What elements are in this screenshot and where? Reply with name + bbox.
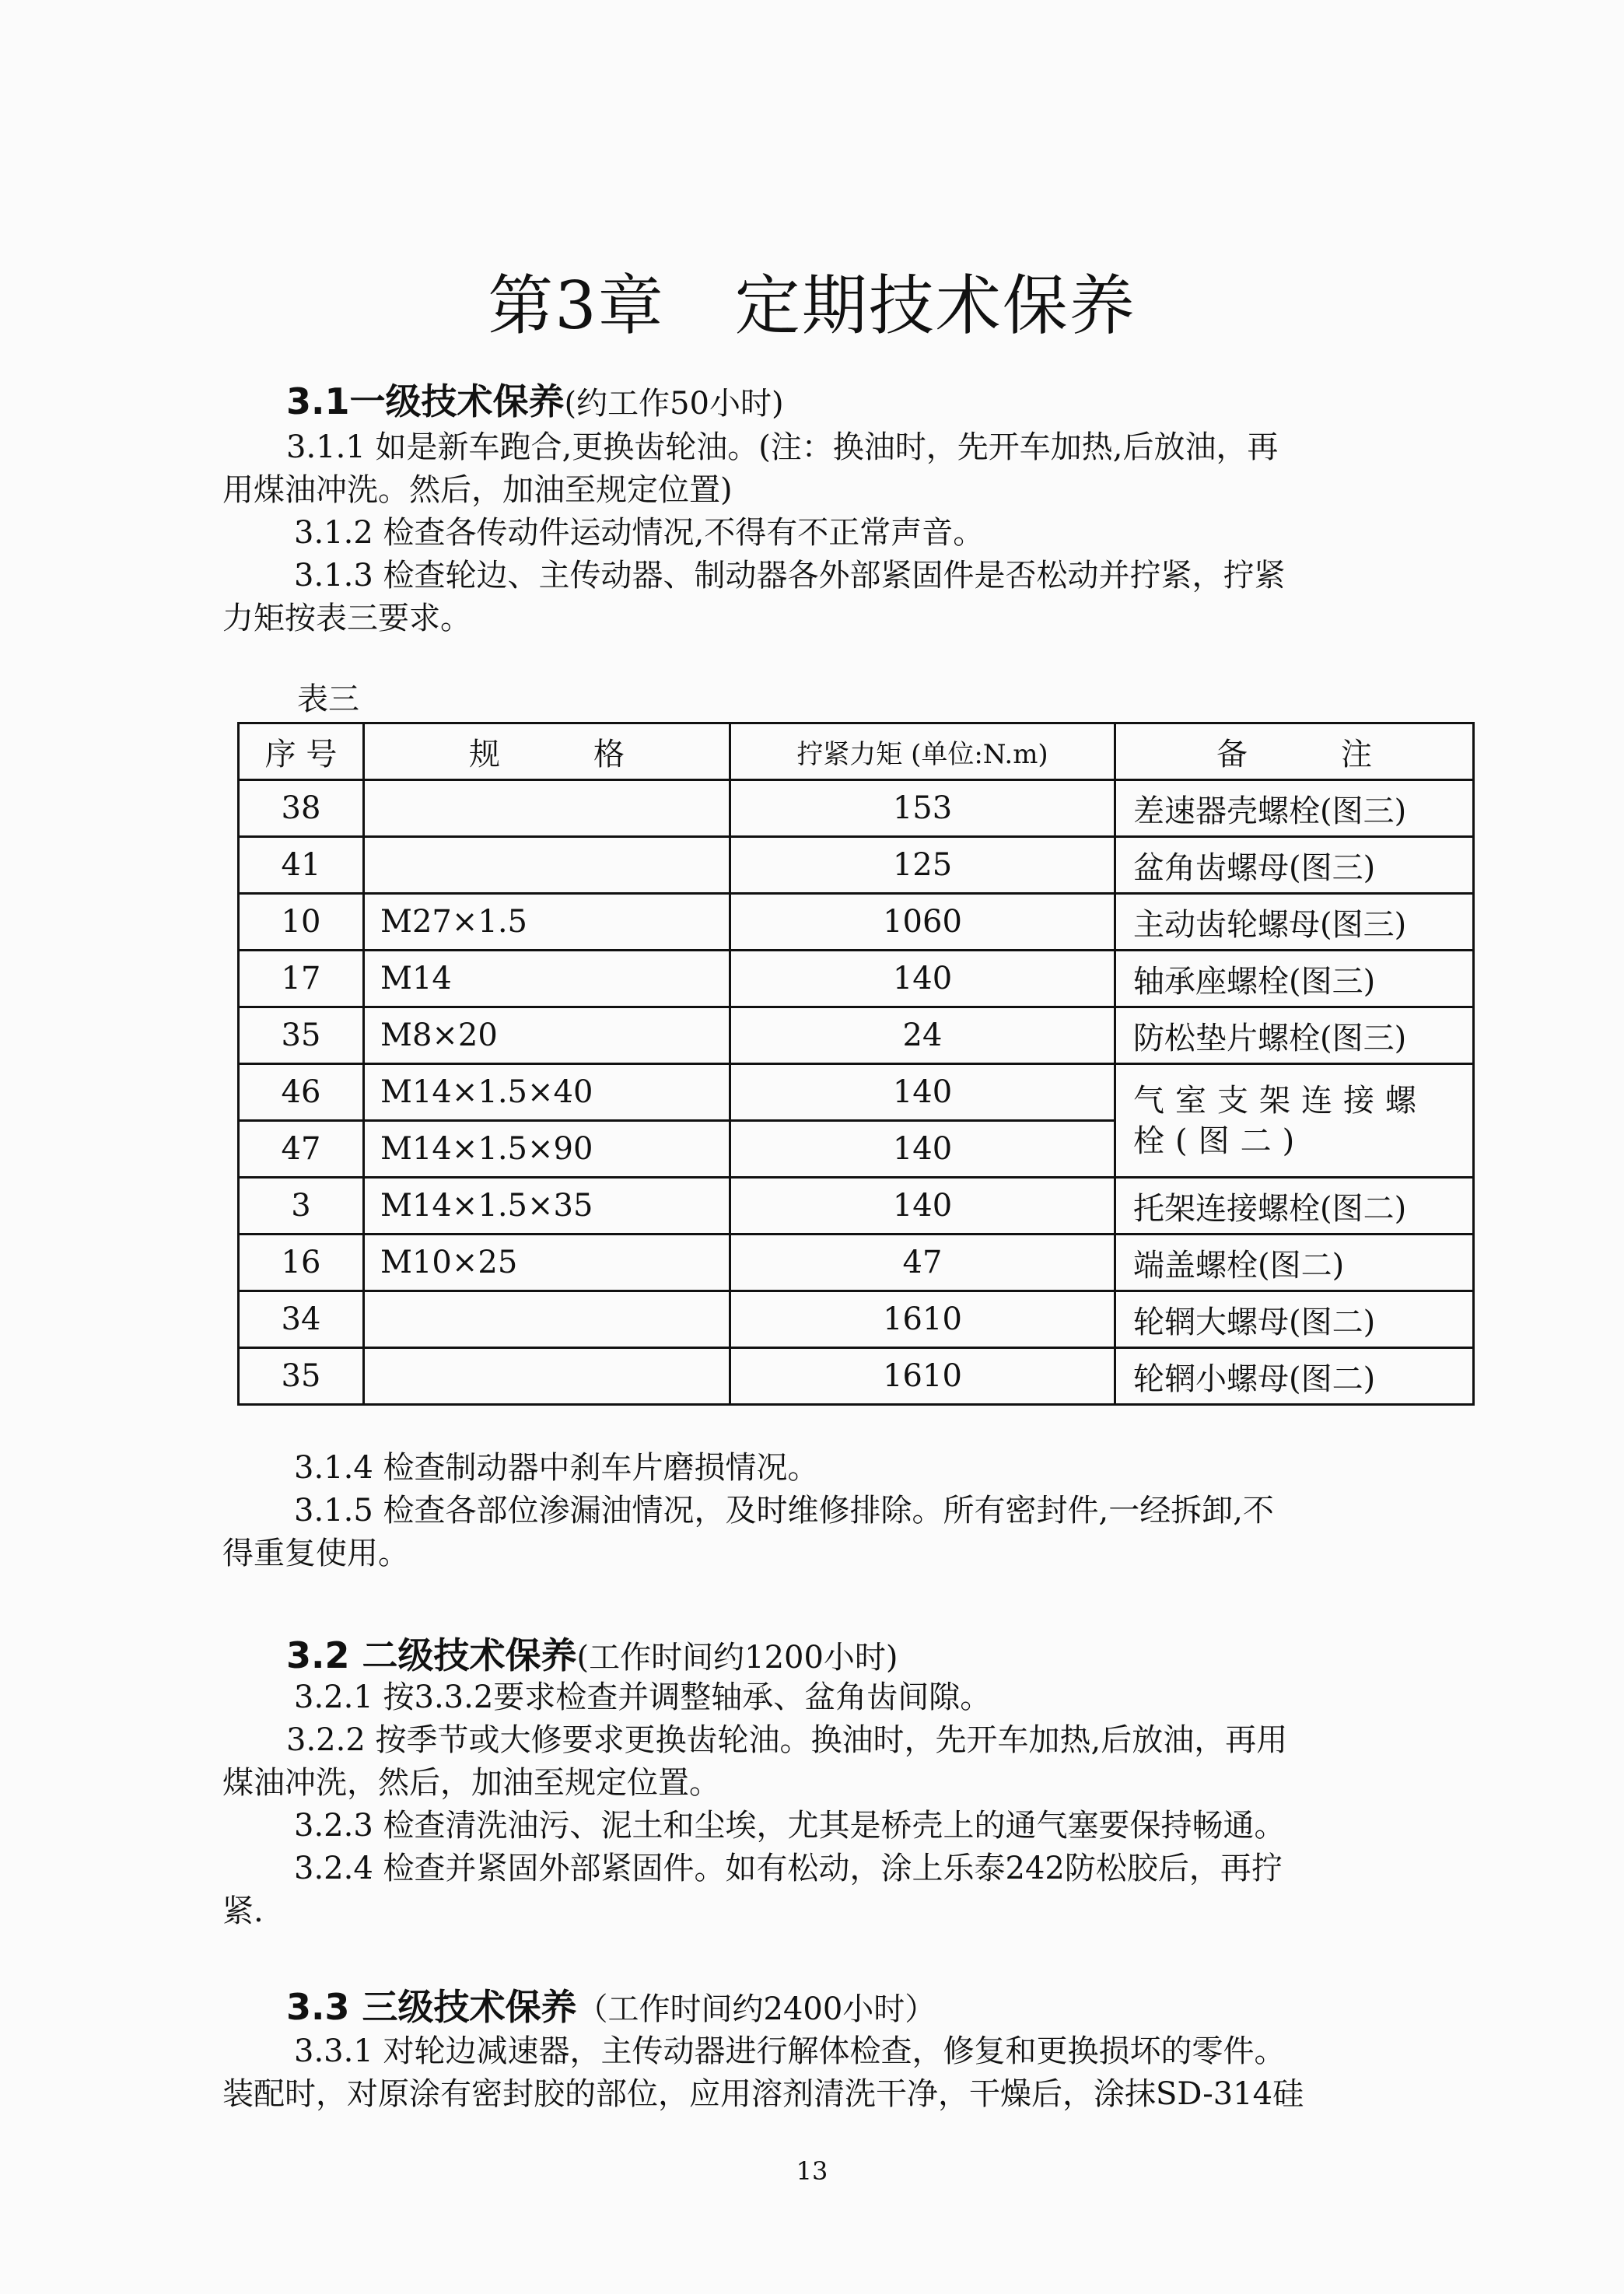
paragraph-3-1-1-line1: 3.1.1 如是新车跑合,更换齿轮油。(注：换油时，先开车加热,后放油，再 xyxy=(286,426,1279,469)
table-row: 35 1610 轮辋小螺母(图二) xyxy=(239,1348,1474,1405)
cell-remark: 轮辋大螺母(图二) xyxy=(1115,1291,1474,1348)
cell-torque: 140 xyxy=(730,1178,1115,1235)
section-heading-text: 3.3 三级技术保养 xyxy=(286,1986,577,2028)
cell-remark: 轴承座螺栓(图三) xyxy=(1115,951,1474,1007)
cell-torque: 125 xyxy=(730,837,1115,894)
table-row: 46 M14×1.5×40 140 气室支架连接螺栓(图二) xyxy=(239,1064,1474,1121)
header-remark: 备 注 xyxy=(1115,723,1474,780)
cell-no: 16 xyxy=(239,1235,364,1291)
cell-remark: 盆角齿螺母(图三) xyxy=(1115,837,1474,894)
cell-remark-merged: 气室支架连接螺栓(图二) xyxy=(1115,1064,1474,1178)
cell-remark: 轮辋小螺母(图二) xyxy=(1115,1348,1474,1405)
cell-torque: 140 xyxy=(730,951,1115,1007)
paragraph-3-3-1-line2: 装配时，对原涂有密封胶的部位，应用溶剂清洗干净，干燥后，涂抹SD-314硅 xyxy=(222,2073,1304,2116)
section-3-3-heading: 3.3 三级技术保养（工作时间约2400小时） xyxy=(286,1984,936,2033)
cell-torque: 1610 xyxy=(730,1291,1115,1348)
paragraph-3-1-5-line2: 得重复使用。 xyxy=(222,1532,409,1575)
cell-spec: M14×1.5×90 xyxy=(364,1121,730,1178)
paragraph-3-3-1-line1: 3.3.1 对轮边减速器，主传动器进行解体检查，修复和更换损坏的零件。 xyxy=(294,2030,1286,2073)
chapter-name: 定期技术保养 xyxy=(735,268,1136,344)
paragraph-3-2-1: 3.2.1 按3.3.2要求检查并调整轴承、盆角齿间隙。 xyxy=(294,1676,991,1719)
cell-remark: 差速器壳螺栓(图三) xyxy=(1115,780,1474,837)
cell-spec: M14 xyxy=(364,951,730,1007)
section-3-1-heading: 3.1一级技术保养(约工作50小时) xyxy=(286,378,784,427)
header-no: 序 号 xyxy=(239,723,364,780)
torque-table: 序 号 规 格 拧紧力矩 (单位:N.m) 备 注 38 153 差速器壳螺栓(… xyxy=(237,722,1475,1406)
section-heading-note: (约工作50小时) xyxy=(565,386,784,422)
table-row: 17 M14 140 轴承座螺栓(图三) xyxy=(239,951,1474,1007)
table-row: 16 M10×25 47 端盖螺栓(图二) xyxy=(239,1235,1474,1291)
cell-remark: 端盖螺栓(图二) xyxy=(1115,1235,1474,1291)
section-heading-text: 3.1一级技术保养 xyxy=(286,380,565,422)
paragraph-3-2-2-line2: 煤油冲洗，然后，加油至规定位置。 xyxy=(222,1762,720,1805)
cell-spec xyxy=(364,780,730,837)
cell-no: 3 xyxy=(239,1178,364,1235)
header-spec: 规 格 xyxy=(364,723,730,780)
paragraph-3-1-3-line2: 力矩按表三要求。 xyxy=(222,597,471,640)
chapter-title: 第3章定期技术保养 xyxy=(0,263,1624,348)
cell-torque: 140 xyxy=(730,1064,1115,1121)
paragraph-3-1-4: 3.1.4 检查制动器中刹车片磨损情况。 xyxy=(294,1447,819,1490)
cell-no: 17 xyxy=(239,951,364,1007)
cell-no: 35 xyxy=(239,1007,364,1064)
table-row: 10 M27×1.5 1060 主动齿轮螺母(图三) xyxy=(239,894,1474,951)
chapter-number: 第3章 xyxy=(488,268,664,344)
cell-no: 41 xyxy=(239,837,364,894)
paragraph-3-2-4-line1: 3.2.4 检查并紧固外部紧固件。如有松动，涂上乐泰242防松胶后，再拧 xyxy=(294,1847,1283,1890)
header-torque: 拧紧力矩 (单位:N.m) xyxy=(730,723,1115,780)
cell-no: 10 xyxy=(239,894,364,951)
table-row: 35 M8×20 24 防松垫片螺栓(图三) xyxy=(239,1007,1474,1064)
cell-torque: 1610 xyxy=(730,1348,1115,1405)
table-header-row: 序 号 规 格 拧紧力矩 (单位:N.m) 备 注 xyxy=(239,723,1474,780)
cell-remark: 托架连接螺栓(图二) xyxy=(1115,1178,1474,1235)
table-row: 41 125 盆角齿螺母(图三) xyxy=(239,837,1474,894)
cell-torque: 153 xyxy=(730,780,1115,837)
table-caption: 表三 xyxy=(297,680,359,719)
table-row: 38 153 差速器壳螺栓(图三) xyxy=(239,780,1474,837)
cell-no: 46 xyxy=(239,1064,364,1121)
table-row: 34 1610 轮辋大螺母(图二) xyxy=(239,1291,1474,1348)
cell-spec: M14×1.5×40 xyxy=(364,1064,730,1121)
cell-spec: M8×20 xyxy=(364,1007,730,1064)
section-heading-note: （工作时间约2400小时） xyxy=(577,1991,936,2027)
paragraph-3-1-5-line1: 3.1.5 检查各部位渗漏油情况，及时维修排除。所有密封件,一经拆卸,不 xyxy=(294,1490,1274,1532)
cell-remark: 主动齿轮螺母(图三) xyxy=(1115,894,1474,951)
cell-spec: M10×25 xyxy=(364,1235,730,1291)
cell-torque: 140 xyxy=(730,1121,1115,1178)
paragraph-3-1-2: 3.1.2 检查各传动件运动情况,不得有不正常声音。 xyxy=(294,512,984,555)
section-3-2-heading: 3.2 二级技术保养(工作时间约1200小时) xyxy=(286,1632,898,1681)
table-row: 3 M14×1.5×35 140 托架连接螺栓(图二) xyxy=(239,1178,1474,1235)
cell-no: 34 xyxy=(239,1291,364,1348)
cell-remark: 防松垫片螺栓(图三) xyxy=(1115,1007,1474,1064)
cell-spec xyxy=(364,1348,730,1405)
cell-spec xyxy=(364,1291,730,1348)
cell-no: 47 xyxy=(239,1121,364,1178)
cell-spec: M27×1.5 xyxy=(364,894,730,951)
cell-spec xyxy=(364,837,730,894)
cell-torque: 24 xyxy=(730,1007,1115,1064)
paragraph-3-2-2-line1: 3.2.2 按季节或大修要求更换齿轮油。换油时，先开车加热,后放油，再用 xyxy=(286,1719,1287,1762)
cell-spec: M14×1.5×35 xyxy=(364,1178,730,1235)
page-number: 13 xyxy=(0,2156,1624,2186)
cell-torque: 1060 xyxy=(730,894,1115,951)
paragraph-3-2-3: 3.2.3 检查清洗油污、泥土和尘埃，尤其是桥壳上的通气塞要保持畅通。 xyxy=(294,1805,1286,1847)
section-heading-note: (工作时间约1200小时) xyxy=(577,1640,898,1676)
paragraph-3-1-1-line2: 用煤油冲洗。然后，加油至规定位置) xyxy=(222,469,733,512)
paragraph-3-1-3-line1: 3.1.3 检查轮边、主传动器、制动器各外部紧固件是否松动并拧紧，拧紧 xyxy=(294,555,1286,597)
paragraph-3-2-4-line2: 紧. xyxy=(222,1890,264,1933)
cell-torque: 47 xyxy=(730,1235,1115,1291)
cell-no: 38 xyxy=(239,780,364,837)
cell-no: 35 xyxy=(239,1348,364,1405)
section-heading-text: 3.2 二级技术保养 xyxy=(286,1634,577,1676)
